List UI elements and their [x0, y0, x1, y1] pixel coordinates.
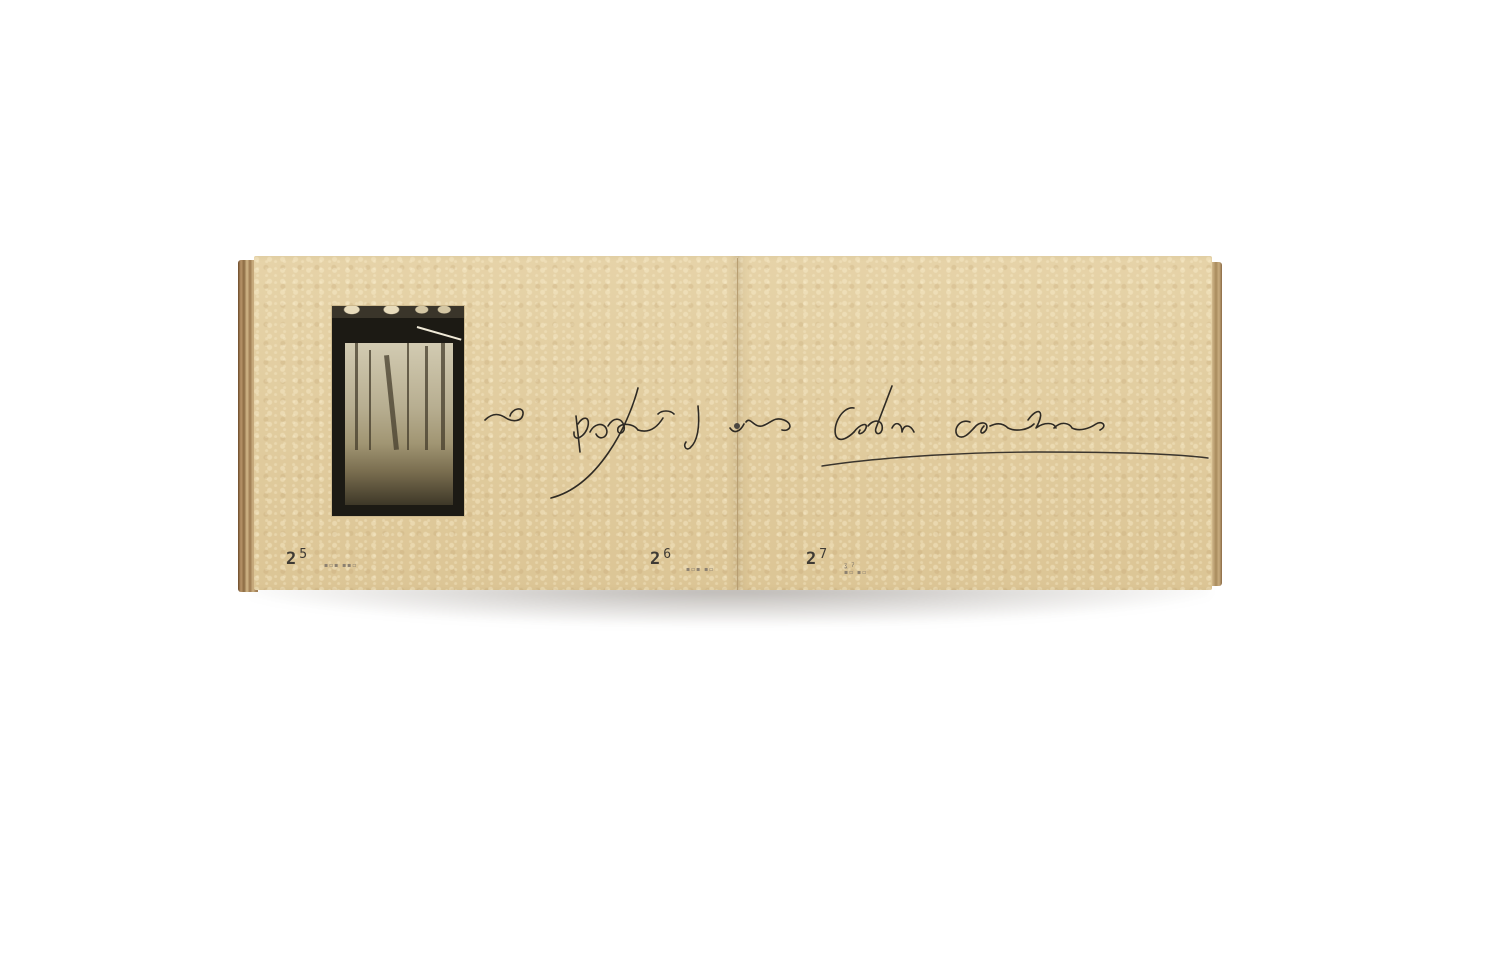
page-number-25: 25	[286, 549, 307, 569]
stamp-marks: ▪▫▪ ▪▪▫	[324, 562, 357, 569]
stamp-marks: ▪▫▪ ▪▫	[686, 566, 714, 573]
photograph-scene: 25 ▪▫▪ ▪▪▫ 26 ▪▫▪ ▪▫ 27 ʓ ʔ▪▫ ▪▫	[0, 0, 1500, 960]
film-edge	[332, 306, 464, 318]
forest-image	[345, 343, 453, 505]
open-notebook: 25 ▪▫▪ ▪▪▫ 26 ▪▫▪ ▪▫ 27 ʓ ʔ▪▫ ▪▫	[238, 256, 1222, 596]
stamp-marks: ʓ ʔ▪▫ ▪▫	[844, 562, 867, 576]
mounted-photograph	[332, 306, 464, 516]
left-page: 25 ▪▫▪ ▪▪▫ 26 ▪▫▪ ▪▫	[254, 256, 738, 590]
page-number-26: 26	[650, 549, 671, 569]
page-number-27: 27	[806, 549, 827, 569]
right-page: 27 ʓ ʔ▪▫ ▪▫	[738, 256, 1212, 590]
photo-scratch	[417, 326, 462, 341]
right-page-edges	[1212, 262, 1222, 586]
